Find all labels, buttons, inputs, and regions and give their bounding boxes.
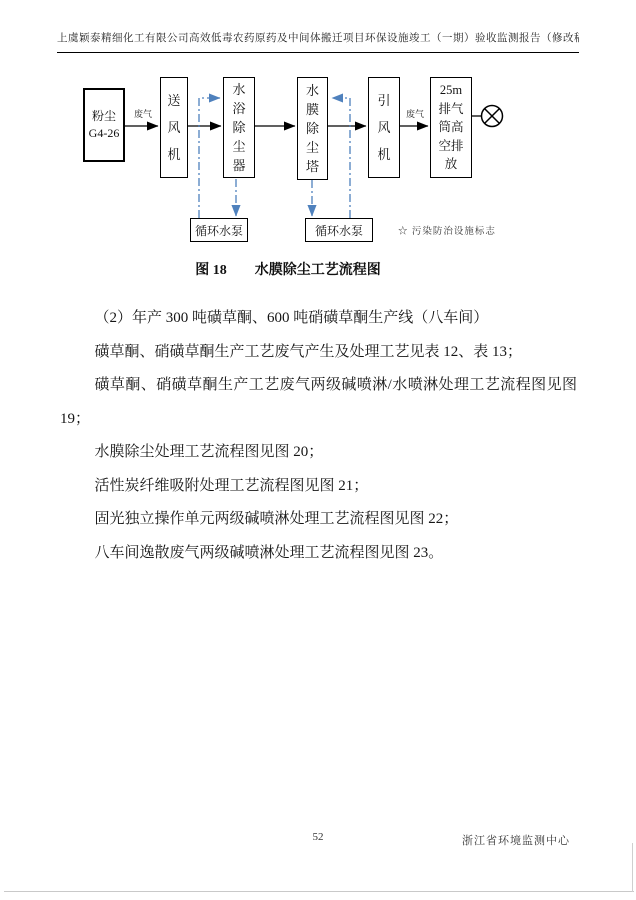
stream-label-1: 废气 (126, 107, 160, 120)
header-title: 上虞颖泰精细化工有限公司高效低毒农药原药及中间体搬迁项目环保设施竣工（一期）验收… (57, 33, 579, 44)
paragraph: 水膜除尘处理工艺流程图见图 20； (60, 436, 577, 470)
figure-caption: 图 18 水膜除尘工艺流程图 (0, 259, 576, 279)
paragraph: 固光独立操作单元两级碱喷淋处理工艺流程图见图 22； (60, 503, 577, 537)
footer-organization: 浙江省环境监测中心 (462, 832, 570, 848)
body-paragraphs: （2）年产 300 吨磺草酮、600 吨硝磺草酮生产线（八车间） 磺草酮、硝磺草… (60, 302, 577, 570)
stream-label-2: 废气 (396, 107, 434, 120)
dust-source-code: G4-26 (89, 125, 120, 142)
document-header: 上虞颖泰精细化工有限公司高效低毒农药原药及中间体搬迁项目环保设施竣工（一期）验收… (57, 30, 579, 53)
legend-note: ☆ 污染防治设施标志 (398, 223, 496, 237)
node-induced-draft-fan: 引风机 (368, 77, 400, 178)
paragraph: 磺草酮、硝磺草酮生产工艺废气产生及处理工艺见表 12、表 13； (60, 336, 577, 370)
node-water-bath-scrubber: 水浴除尘器 (223, 77, 255, 178)
water-film-tower-label: 水膜除尘塔 (306, 81, 320, 176)
node-supply-fan: 送风机 (160, 77, 188, 178)
circulating-pump-left-label: 循环水泵 (195, 222, 243, 239)
circulating-pump-right-label: 循环水泵 (315, 222, 363, 239)
page-edge-bottom (4, 891, 634, 892)
dust-source-label: 粉尘 (89, 108, 120, 125)
exhaust-stack-label: 25m排气筒高空排放 (436, 81, 466, 174)
node-exhaust-stack: 25m排气筒高空排放 (430, 77, 472, 178)
paragraph: 磺草酮、硝磺草酮生产工艺废气两级碱喷淋/水喷淋处理工艺流程图见图 19； (60, 369, 577, 436)
node-dust-source: 粉尘 G4-26 (83, 88, 125, 162)
page-edge-right (632, 843, 633, 892)
node-water-film-tower: 水膜除尘塔 (297, 77, 328, 180)
paragraph: 活性炭纤维吸附处理工艺流程图见图 21； (60, 470, 577, 504)
paragraph: 八车间逸散废气两级碱喷淋处理工艺流程图见图 23。 (60, 537, 577, 571)
induced-draft-fan-label: 引风机 (377, 87, 391, 168)
node-circulating-pump-left: 循环水泵 (190, 218, 248, 242)
supply-fan-label: 送风机 (167, 87, 181, 168)
flow-diagram: 粉尘 G4-26 废气 送风机 水浴除尘器 水膜除尘塔 引风机 废气 25m排气… (0, 75, 636, 255)
node-circulating-pump-right: 循环水泵 (305, 218, 373, 242)
discharge-outlet-icon (482, 106, 503, 127)
water-bath-scrubber-label: 水浴除尘器 (232, 80, 246, 175)
paragraph: （2）年产 300 吨磺草酮、600 吨硝磺草酮生产线（八车间） (60, 302, 577, 336)
document-page: 上虞颖泰精细化工有限公司高效低毒农药原药及中间体搬迁项目环保设施竣工（一期）验收… (0, 0, 636, 900)
